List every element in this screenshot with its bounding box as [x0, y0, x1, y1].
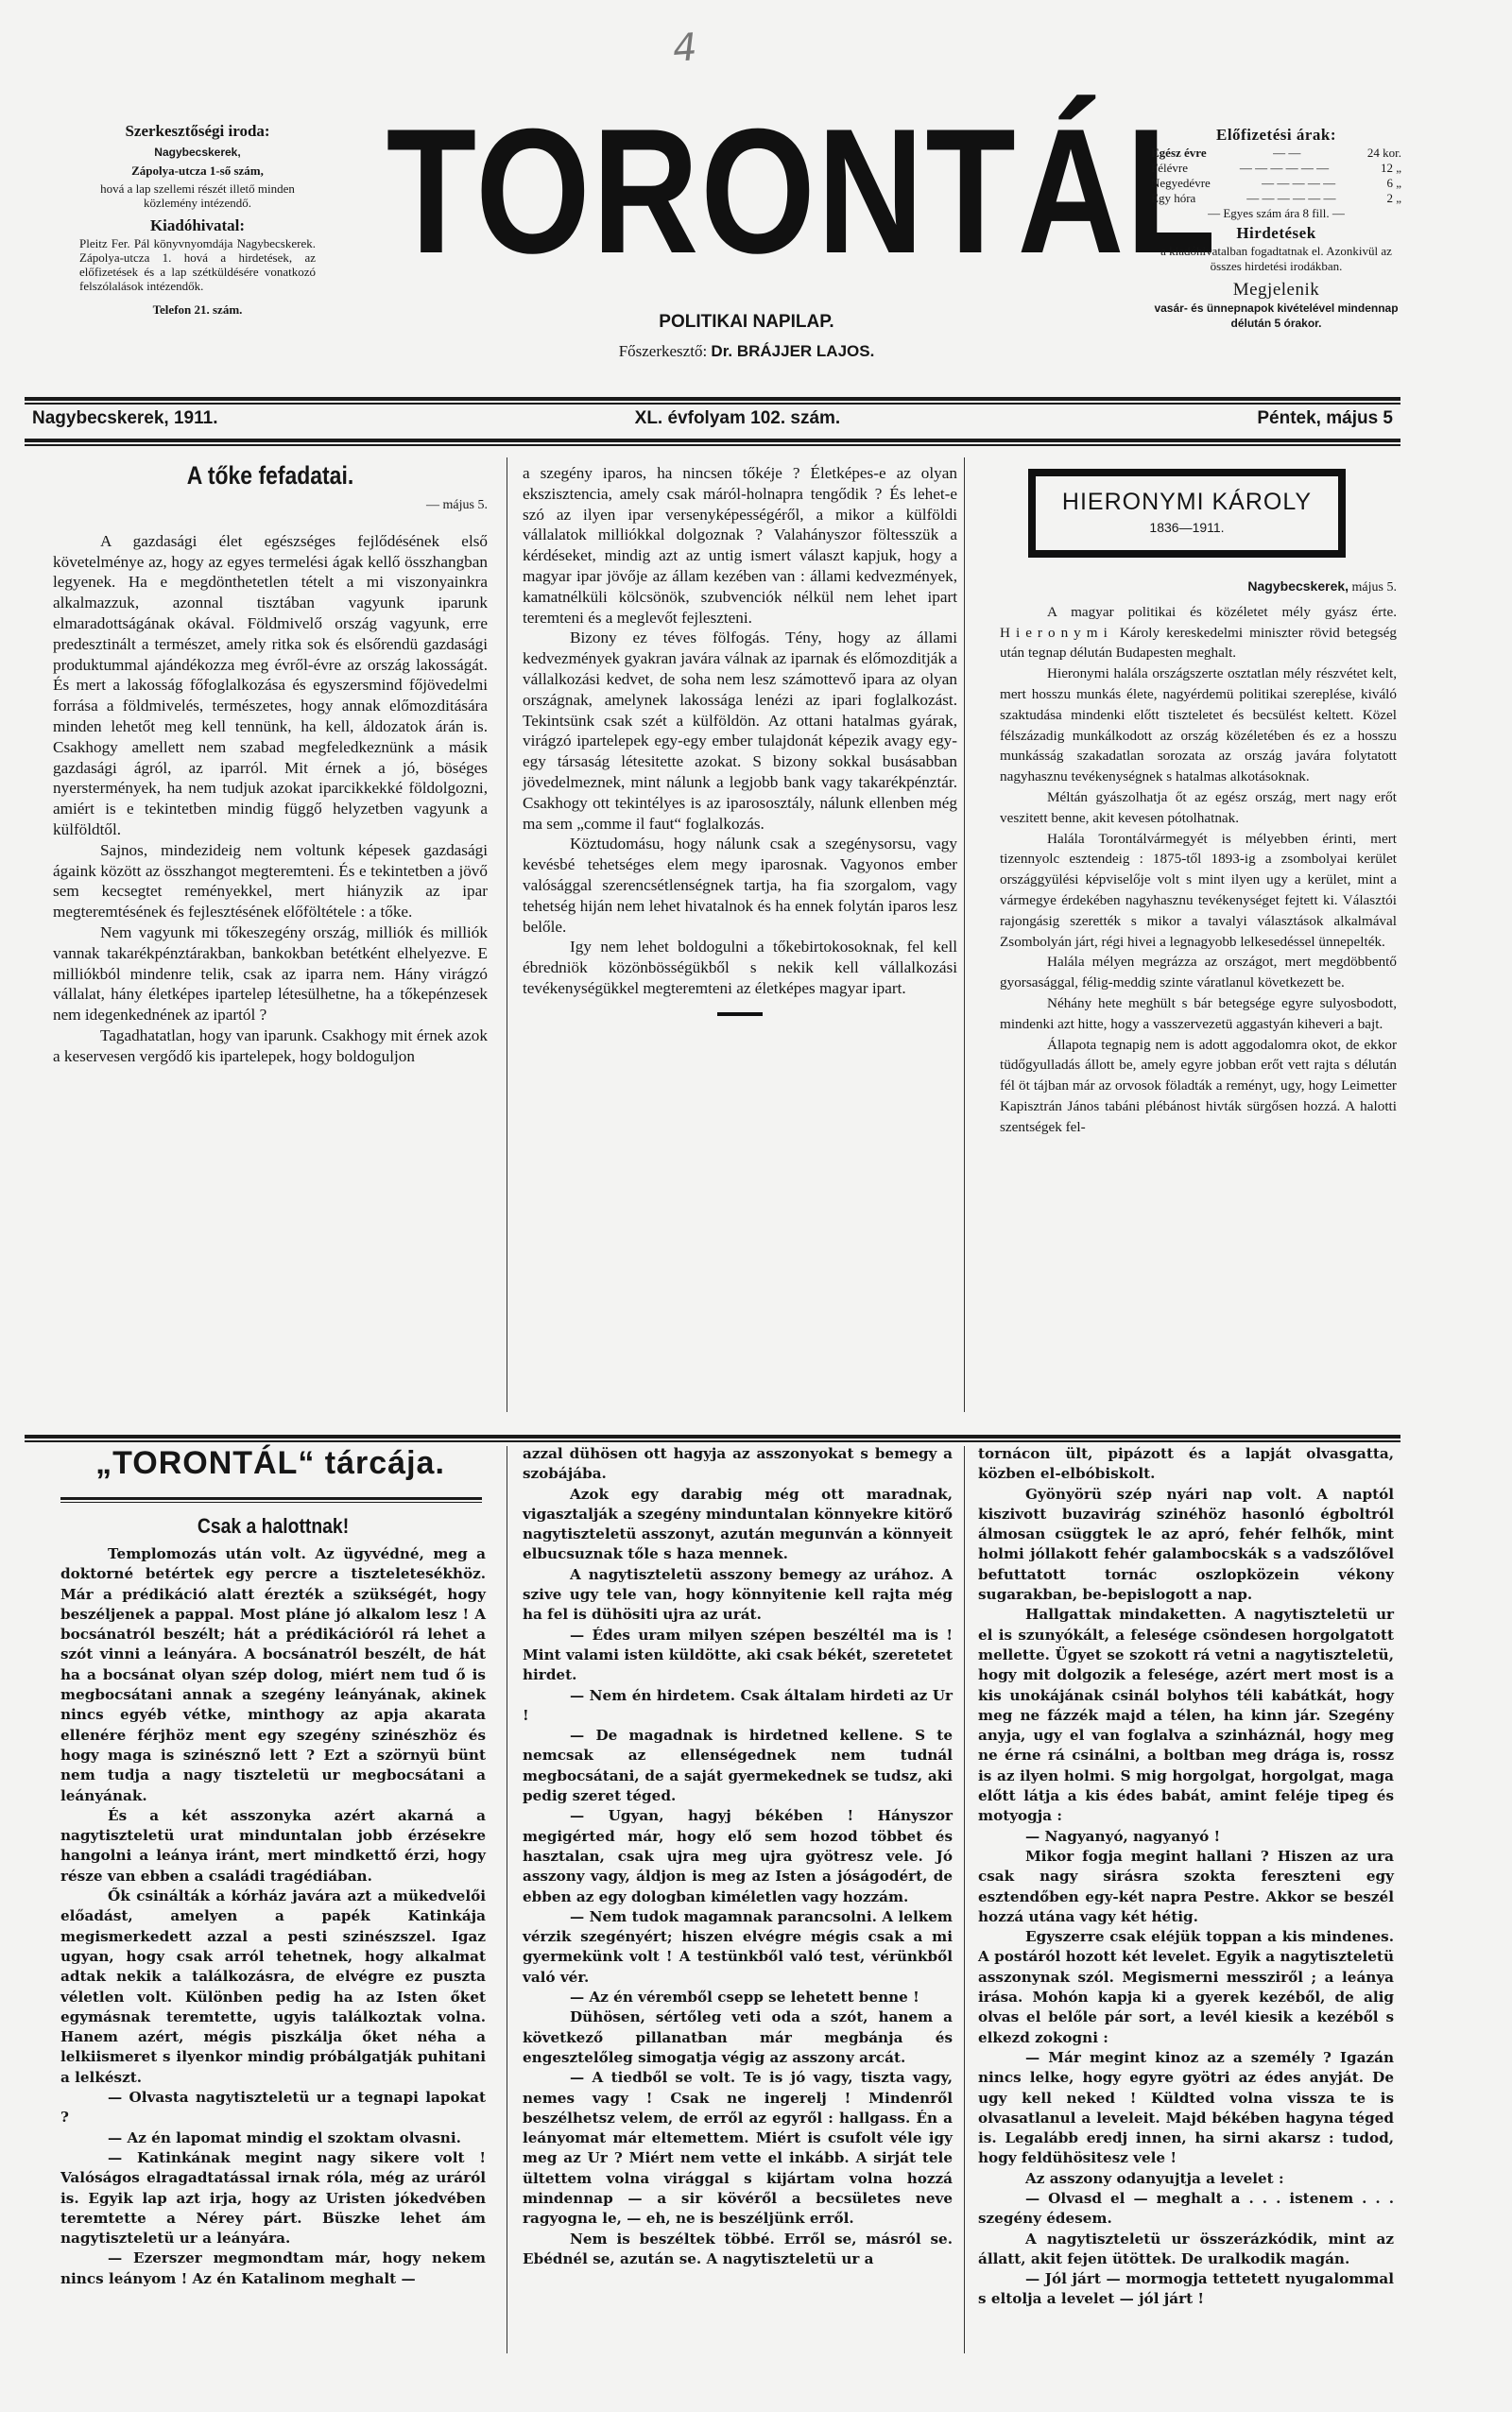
paragraph: Nem is beszéltek többé. Erről se, másról… [523, 2230, 953, 2270]
price-row: Egy hóra— — — — — —2 „ [1151, 191, 1401, 206]
paragraph: — Édes uram milyen szépen beszéltél ma i… [523, 1626, 953, 1686]
subscription-info: Előfizetési árak: Egész évre— —24 kor. F… [1151, 125, 1401, 331]
article-column: a szegény iparos, ha nincsen tőkéje ? Él… [523, 463, 957, 1016]
feuilleton-header: „TORONTÁL“ tárcája. [53, 1442, 488, 1484]
office-address: Zápolya-utcza 1-ső szám, [79, 164, 316, 178]
column-divider [507, 457, 507, 1412]
newspaper-title: TORONTÁL [387, 112, 1108, 270]
newspaper-page: 4 Szerkesztőségi iroda: Nagybecskerek, Z… [0, 0, 1512, 2412]
price-row: Negyedévre— — — — —6 „ [1151, 176, 1401, 191]
paragraph: A nagytiszteletü ur összerázkódik, mint … [978, 2230, 1394, 2270]
paragraph: — Olvasta nagytiszteletü ur a tegnapi la… [60, 2088, 486, 2128]
feuilleton-column: Csak a halottnak! Templomozás után volt.… [60, 1512, 486, 2289]
paragraph: És a két asszonyka azért akarná a nagyti… [60, 1806, 486, 1887]
prices-heading: Előfizetési árak: [1151, 125, 1401, 146]
editor-line: Főszerkesztő: Dr. BRÁJJER LAJOS. [359, 342, 1134, 361]
paragraph: — Már megint kinoz az a személy ? Igazán… [978, 2048, 1394, 2169]
paragraph: — Olvasd el — meghalt a . . . istenem . … [978, 2189, 1394, 2230]
phone: Telefon 21. szám. [79, 302, 316, 317]
office-city: Nagybecskerek, [79, 146, 316, 160]
article-date: — május 5. [53, 495, 488, 516]
column-divider [964, 1446, 965, 2353]
ads-heading: Hirdetések [1151, 223, 1401, 244]
paragraph: a szegény iparos, ha nincsen tőkéje ? Él… [523, 463, 957, 628]
paragraph: Mikor fogja megint hallani ? Hiszen az u… [978, 1847, 1394, 1927]
paragraph: tornácon ült, pipázott és a lapját olvas… [978, 1444, 1394, 1485]
publisher-heading: Kiadóhivatal: [79, 215, 316, 236]
paragraph: Halála mélyen megrázza az országot, mert… [1000, 952, 1397, 993]
paragraph: — Az én véremből csepp se lehetett benne… [523, 1988, 953, 2007]
newspaper-subtitle: POLITIKAI NAPILAP. [359, 312, 1134, 333]
paragraph: Nem vagyunk mi tőkeszegény ország, milli… [53, 922, 488, 1025]
article-title: A tőke fefadatai. [86, 459, 455, 491]
byline-date: május 5. [1352, 580, 1397, 594]
appears-text: vasár- és ünnepnapok kivételével mindenn… [1151, 301, 1401, 331]
dateline-place: Nagybecskerek, 1911. [32, 408, 218, 429]
obituary-box: HIERONYMI KÁROLY 1836—1911. [1028, 469, 1346, 558]
paragraph: — Az én lapomat mindig el szoktam olvasn… [60, 2128, 486, 2148]
ads-text: a kiadóhivatalban fogadtatnak el. Azonki… [1151, 244, 1401, 274]
dateline-volume: XL. évfolyam 102. szám. [635, 408, 841, 429]
pencil-page-mark: 4 [671, 26, 698, 71]
editor-name: Dr. BRÁJJER LAJOS. [711, 342, 874, 360]
paragraph: Méltán gyászolhatja őt az egész ország, … [1000, 787, 1397, 829]
paragraph: Ők csinálták a kórház javára azt a müked… [60, 1887, 486, 2088]
story-title: Csak a halottnak! [86, 1512, 460, 1541]
obituary-name: HIERONYMI KÁROLY [1036, 486, 1338, 518]
price-row: Egész évre— —24 kor. [1151, 146, 1401, 161]
obituary-years: 1836—1911. [1036, 520, 1338, 535]
dateline: Nagybecskerek, 1911. XL. évfolyam 102. s… [32, 405, 1393, 433]
paragraph: Hieronymi halála országszerte osztatlan … [1000, 663, 1397, 787]
name-spaced: Hieronymi [1000, 625, 1113, 641]
price-row: Félévre— — — — — —12 „ [1151, 161, 1401, 176]
paragraph: Köztudomásu, hogy nálunk csak a szegénys… [523, 834, 957, 937]
editor-label: Főszerkesztő: [619, 342, 707, 360]
paragraph: — Ugyan, hagyj békében ! Hányszor megigé… [523, 1806, 953, 1906]
paragraph: Azok egy darabig még ott maradnak, vigas… [523, 1485, 953, 1565]
paragraph: — Jól járt — mormogja tettetett nyugalom… [978, 2269, 1394, 2310]
divider-rule [25, 1435, 1400, 1442]
paragraph: A gazdasági élet egészséges fejlődésének… [53, 531, 488, 840]
publisher-text: Pleitz Fer. Pál könyvnyomdája Nagybecske… [79, 236, 316, 293]
feuilleton-rule [60, 1497, 482, 1503]
paragraph: Tagadhatatlan, hogy van iparunk. Csakhog… [53, 1025, 488, 1067]
end-dash [717, 1012, 763, 1016]
paragraph: — Katinkának megint nagy sikere volt ! V… [60, 2148, 486, 2248]
office-note: hová a lap szellemi részét illető minden… [79, 181, 316, 210]
paragraph: — Nem én hirdetem. Csak általam hirdeti … [523, 1686, 953, 1727]
paragraph: — De magadnak is hirdetned kellene. S te… [523, 1726, 953, 1806]
paragraph: — Nagyanyó, nagyanyó ! [978, 1827, 1394, 1847]
paragraph: Egyszerre csak eléjük toppan a kis minde… [978, 1927, 1394, 2048]
divider-rule [25, 439, 1400, 446]
paragraph: Dühösen, sértőleg veti oda a szót, hanem… [523, 2007, 953, 2068]
paragraph: Sajnos, mindezideig nem voltunk képesek … [53, 840, 488, 922]
paragraph: — A tiedből se volt. Te is jó vagy, tisz… [523, 2068, 953, 2229]
obituary-column: Nagybecskerek, május 5. A magyar politik… [1000, 563, 1397, 1138]
column-divider [507, 1446, 507, 2353]
feuilleton-column: tornácon ült, pipázott és a lapját olvas… [978, 1444, 1394, 2310]
paragraph: A magyar politikai és közéletet mély gyá… [1000, 602, 1397, 663]
appears-heading: Megjelenik [1151, 280, 1401, 301]
single-issue-price: — Egyes szám ára 8 fill. — [1151, 206, 1401, 221]
article-column: A tőke fefadatai. — május 5. A gazdasági… [53, 459, 488, 1067]
obituary-byline: Nagybecskerek, május 5. [1000, 577, 1397, 598]
feuilleton-column: azzal dühösen ott hagyja az asszonyokat … [523, 1444, 953, 2269]
paragraph: Az asszony odanyujtja a levelet : [978, 2169, 1394, 2189]
column-divider [964, 457, 965, 1412]
editorial-office-info: Szerkesztőségi iroda: Nagybecskerek, Záp… [79, 121, 316, 317]
office-heading: Szerkesztőségi iroda: [79, 121, 316, 142]
paragraph: Bizony ez téves fölfogás. Tény, hogy az … [523, 628, 957, 834]
paragraph: Állapota tegnapig nem is adott aggodalom… [1000, 1035, 1397, 1138]
paragraph: Halála Torontálvármegyét is mélyebben ér… [1000, 829, 1397, 953]
dateline-day: Péntek, május 5 [1257, 408, 1393, 429]
paragraph: A nagytiszteletü asszony bemegy az uráho… [523, 1565, 953, 1626]
paragraph: Igy nem lehet boldogulni a tőkebirtokoso… [523, 937, 957, 998]
paragraph: Templomozás után volt. Az ügyvédné, meg … [60, 1544, 486, 1806]
paragraph: Néhány hete meghült s bár betegsége egyr… [1000, 993, 1397, 1035]
paragraph: Hallgattak mindaketten. A nagytiszteletü… [978, 1605, 1394, 1826]
paragraph: — Ezerszer megmondtam már, hogy nekem ni… [60, 2248, 486, 2289]
paragraph: — Nem tudok magamnak parancsolni. A lelk… [523, 1907, 953, 1988]
paragraph: Gyönyörü szép nyári nap volt. A naptól k… [978, 1485, 1394, 1606]
divider-rule [25, 397, 1400, 405]
byline-place: Nagybecskerek, [1247, 578, 1349, 594]
paragraph: azzal dühösen ott hagyja az asszonyokat … [523, 1444, 953, 1485]
